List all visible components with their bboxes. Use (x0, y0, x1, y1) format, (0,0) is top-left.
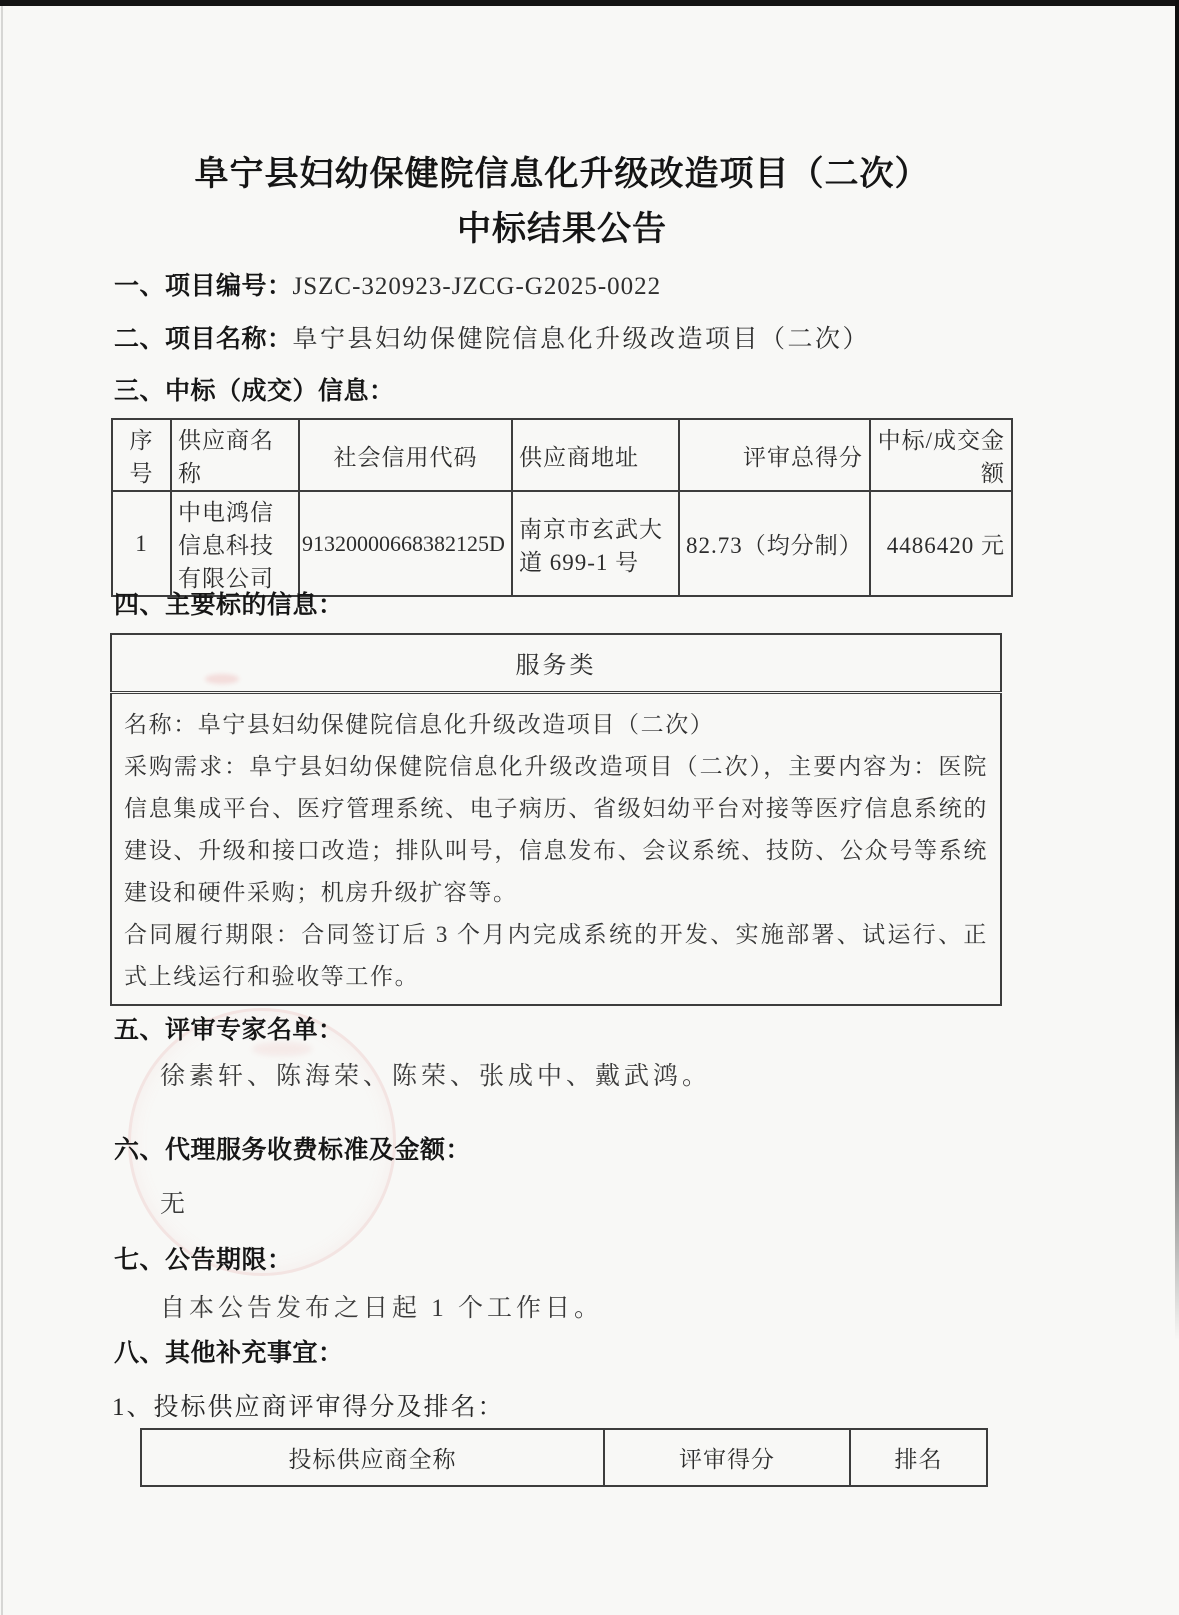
section-announcement-period-heading: 七、公告期限： (114, 1240, 293, 1276)
score-col-rank: 排名 (850, 1429, 987, 1486)
score-table-header-row: 投标供应商全称 评审得分 排名 (141, 1429, 987, 1486)
section-project-name: 二、项目名称：阜宁县妇幼保健院信息化升级改造项目（二次） (114, 319, 870, 355)
award-col-address: 供应商地址 (512, 419, 679, 491)
award-cell-supplier: 中电鸿信信息科技有限公司 (171, 491, 299, 596)
document-title-line2: 中标结果公告 (112, 201, 1012, 250)
experts-list: 徐素轩、陈海荣、陈荣、张成中、戴武鸿。 (160, 1056, 711, 1092)
award-col-supplier: 供应商名称 (171, 419, 299, 491)
score-ranking-table: 投标供应商全称 评审得分 排名 (140, 1428, 988, 1487)
award-col-amount: 中标/成交金额 (870, 419, 1012, 491)
agency-fee-value: 无 (160, 1184, 189, 1220)
subject-info-table: 服务类 名称：阜宁县妇幼保健院信息化升级改造项目（二次） 采购需求：阜宁县妇幼保… (110, 633, 1002, 1006)
section-experts-heading: 五、评审专家名单： (114, 1010, 344, 1046)
section-subject-info-heading: 四、主要标的信息： (114, 585, 344, 621)
award-col-credit-code: 社会信用代码 (299, 419, 512, 491)
award-col-no: 序号 (112, 419, 171, 491)
document-title-line1: 阜宁县妇幼保健院信息化升级改造项目（二次） (112, 146, 1012, 195)
scan-edge-right (1175, 0, 1179, 1340)
project-name-value: 阜宁县妇幼保健院信息化升级改造项目（二次） (293, 326, 871, 353)
subject-requirement: 采购需求：阜宁县妇幼保健院信息化升级改造项目（二次），主要内容为：医院信息集成平… (124, 746, 988, 914)
scanned-document-page: { "doc": { "title_line1": "阜宁县妇幼保健院信息化升级… (0, 0, 1179, 1615)
award-info-table: 序号 供应商名称 社会信用代码 供应商地址 评审总得分 中标/成交金额 1 中电… (111, 418, 1013, 597)
subject-category-row: 服务类 (111, 634, 1001, 692)
announcement-period-value: 自本公告发布之日起 1 个工作日。 (160, 1288, 603, 1324)
award-table-row: 1 中电鸿信信息科技有限公司 91320000668382125D 南京市玄武大… (112, 491, 1012, 596)
award-col-score: 评审总得分 (679, 419, 870, 491)
score-col-score: 评审得分 (604, 1429, 850, 1486)
section-project-number-label: 一、项目编号： (114, 272, 293, 300)
document-content: 阜宁县妇幼保健院信息化升级改造项目（二次） 中标结果公告 一、项目编号：JSZC… (112, 0, 1012, 1615)
section-agency-fee-heading: 六、代理服务收费标准及金额： (114, 1130, 471, 1166)
subject-body-row: 名称：阜宁县妇幼保健院信息化升级改造项目（二次） 采购需求：阜宁县妇幼保健院信息… (111, 692, 1001, 1005)
scan-edge-left (1, 6, 3, 1615)
subject-category: 服务类 (111, 634, 1001, 692)
award-cell-credit-code: 91320000668382125D (299, 491, 512, 596)
score-col-supplier: 投标供应商全称 (141, 1429, 604, 1486)
award-cell-address: 南京市玄武大道 699-1 号 (512, 491, 679, 596)
subject-contract-period: 合同履行期限：合同签订后 3 个月内完成系统的开发、实施部署、试运行、正式上线运… (124, 914, 988, 998)
section-other-matters-heading: 八、其他补充事宜： (114, 1333, 344, 1369)
section-award-info-heading: 三、中标（成交）信息： (114, 371, 395, 407)
subsection-score-ranking-heading: 1、投标供应商评审得分及排名： (112, 1387, 505, 1423)
project-number-value: JSZC-320923-JZCG-G2025-0022 (293, 273, 662, 300)
subject-name: 名称：阜宁县妇幼保健院信息化升级改造项目（二次） (124, 704, 988, 746)
section-project-name-label: 二、项目名称： (114, 325, 293, 353)
award-cell-amount: 4486420 元 (870, 491, 1012, 596)
section-project-number: 一、项目编号：JSZC-320923-JZCG-G2025-0022 (114, 266, 661, 302)
award-cell-no: 1 (112, 491, 171, 596)
award-cell-score: 82.73（均分制） (679, 491, 870, 596)
award-table-header-row: 序号 供应商名称 社会信用代码 供应商地址 评审总得分 中标/成交金额 (112, 419, 1012, 491)
